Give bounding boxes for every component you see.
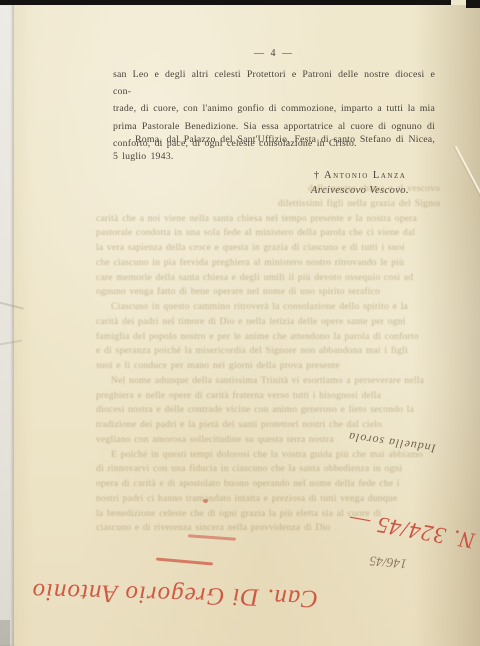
bleedthrough-line: la vera sapienza della croce e questa in…	[96, 241, 440, 256]
bleedthrough-line: ognuno venga fatto di bene operare nel n…	[96, 285, 440, 300]
bleedthrough-line: carità dei padri nel timore di Dio e nel…	[96, 315, 440, 330]
bleedthrough-line: dilettissimi figli nella grazia del Sign…	[278, 197, 440, 212]
bleedthrough-text: della nostra chiesa e al vescovo la suad…	[96, 182, 440, 536]
page-number: — 4 —	[113, 48, 435, 59]
bleedthrough-line: suoi e li conduce per mano nei giorni de…	[96, 359, 440, 374]
signature-name: † Antonio Lanza	[293, 170, 427, 181]
bleedthrough-line: Nel nome adunque della santissima Trinit…	[96, 374, 440, 389]
bleedthrough-line: della nostra chiesa e al vescovo la sua	[308, 182, 440, 197]
bleedthrough-line: E poiché in questi tempi dolorosi che la…	[96, 448, 440, 463]
dateline-text-line: Roma, dal Palazzo del Sant'Uffizio, Fest…	[113, 131, 435, 148]
body-text-line: trade, di cuore, con l'animo gonfio di c…	[113, 100, 435, 117]
bleedthrough-line: preghiera e nelle opere di carità frater…	[96, 389, 440, 404]
scan-top-edge	[466, 0, 480, 8]
dateline-paragraph: Roma, dal Palazzo del Sant'Uffizio, Fest…	[113, 131, 435, 165]
scan-top-edge	[0, 0, 480, 5]
corner-shadow	[0, 620, 10, 646]
bleedthrough-line: Ciascuno in questo cammino ritroverà la …	[96, 300, 440, 315]
bleedthrough-line: di rinnovarvi con una fiducia in ciascun…	[96, 462, 440, 477]
bleedthrough-line: carità che a noi viene nella santa chies…	[96, 212, 440, 227]
adjacent-page-edge	[0, 4, 14, 646]
bleedthrough-line: tradizione dei padri e la pietà dei sant…	[96, 418, 440, 433]
dateline-text-line: 5 luglio 1943.	[113, 148, 435, 165]
scan-top-edge-gap	[451, 0, 466, 5]
bleedthrough-line: care memorie della santa chiesa e degli …	[96, 271, 440, 286]
bleedthrough-line: che ciascuno in pia fervida preghiera al…	[96, 256, 440, 271]
body-text-line: san Leo e degli altri celesti Protettori…	[113, 66, 435, 100]
red-ink-dot	[203, 499, 208, 503]
bleedthrough-line: opera di carità e di apostolato buono op…	[96, 477, 440, 492]
bleedthrough-line: nostri padri ci hanno tramandato intatta…	[96, 492, 440, 507]
bleedthrough-line: famiglia del popolo nostro e per le anim…	[96, 330, 440, 345]
bleedthrough-line: diocesi nostra e delle contrade vicine c…	[96, 403, 440, 418]
scanned-document-page: — 4 — san Leo e degli altri celesti Prot…	[0, 0, 480, 646]
bleedthrough-line: pastorale condotta in una sola fede al m…	[96, 226, 440, 241]
bleedthrough-line: e di speranza poiché la misericordia del…	[96, 344, 440, 359]
